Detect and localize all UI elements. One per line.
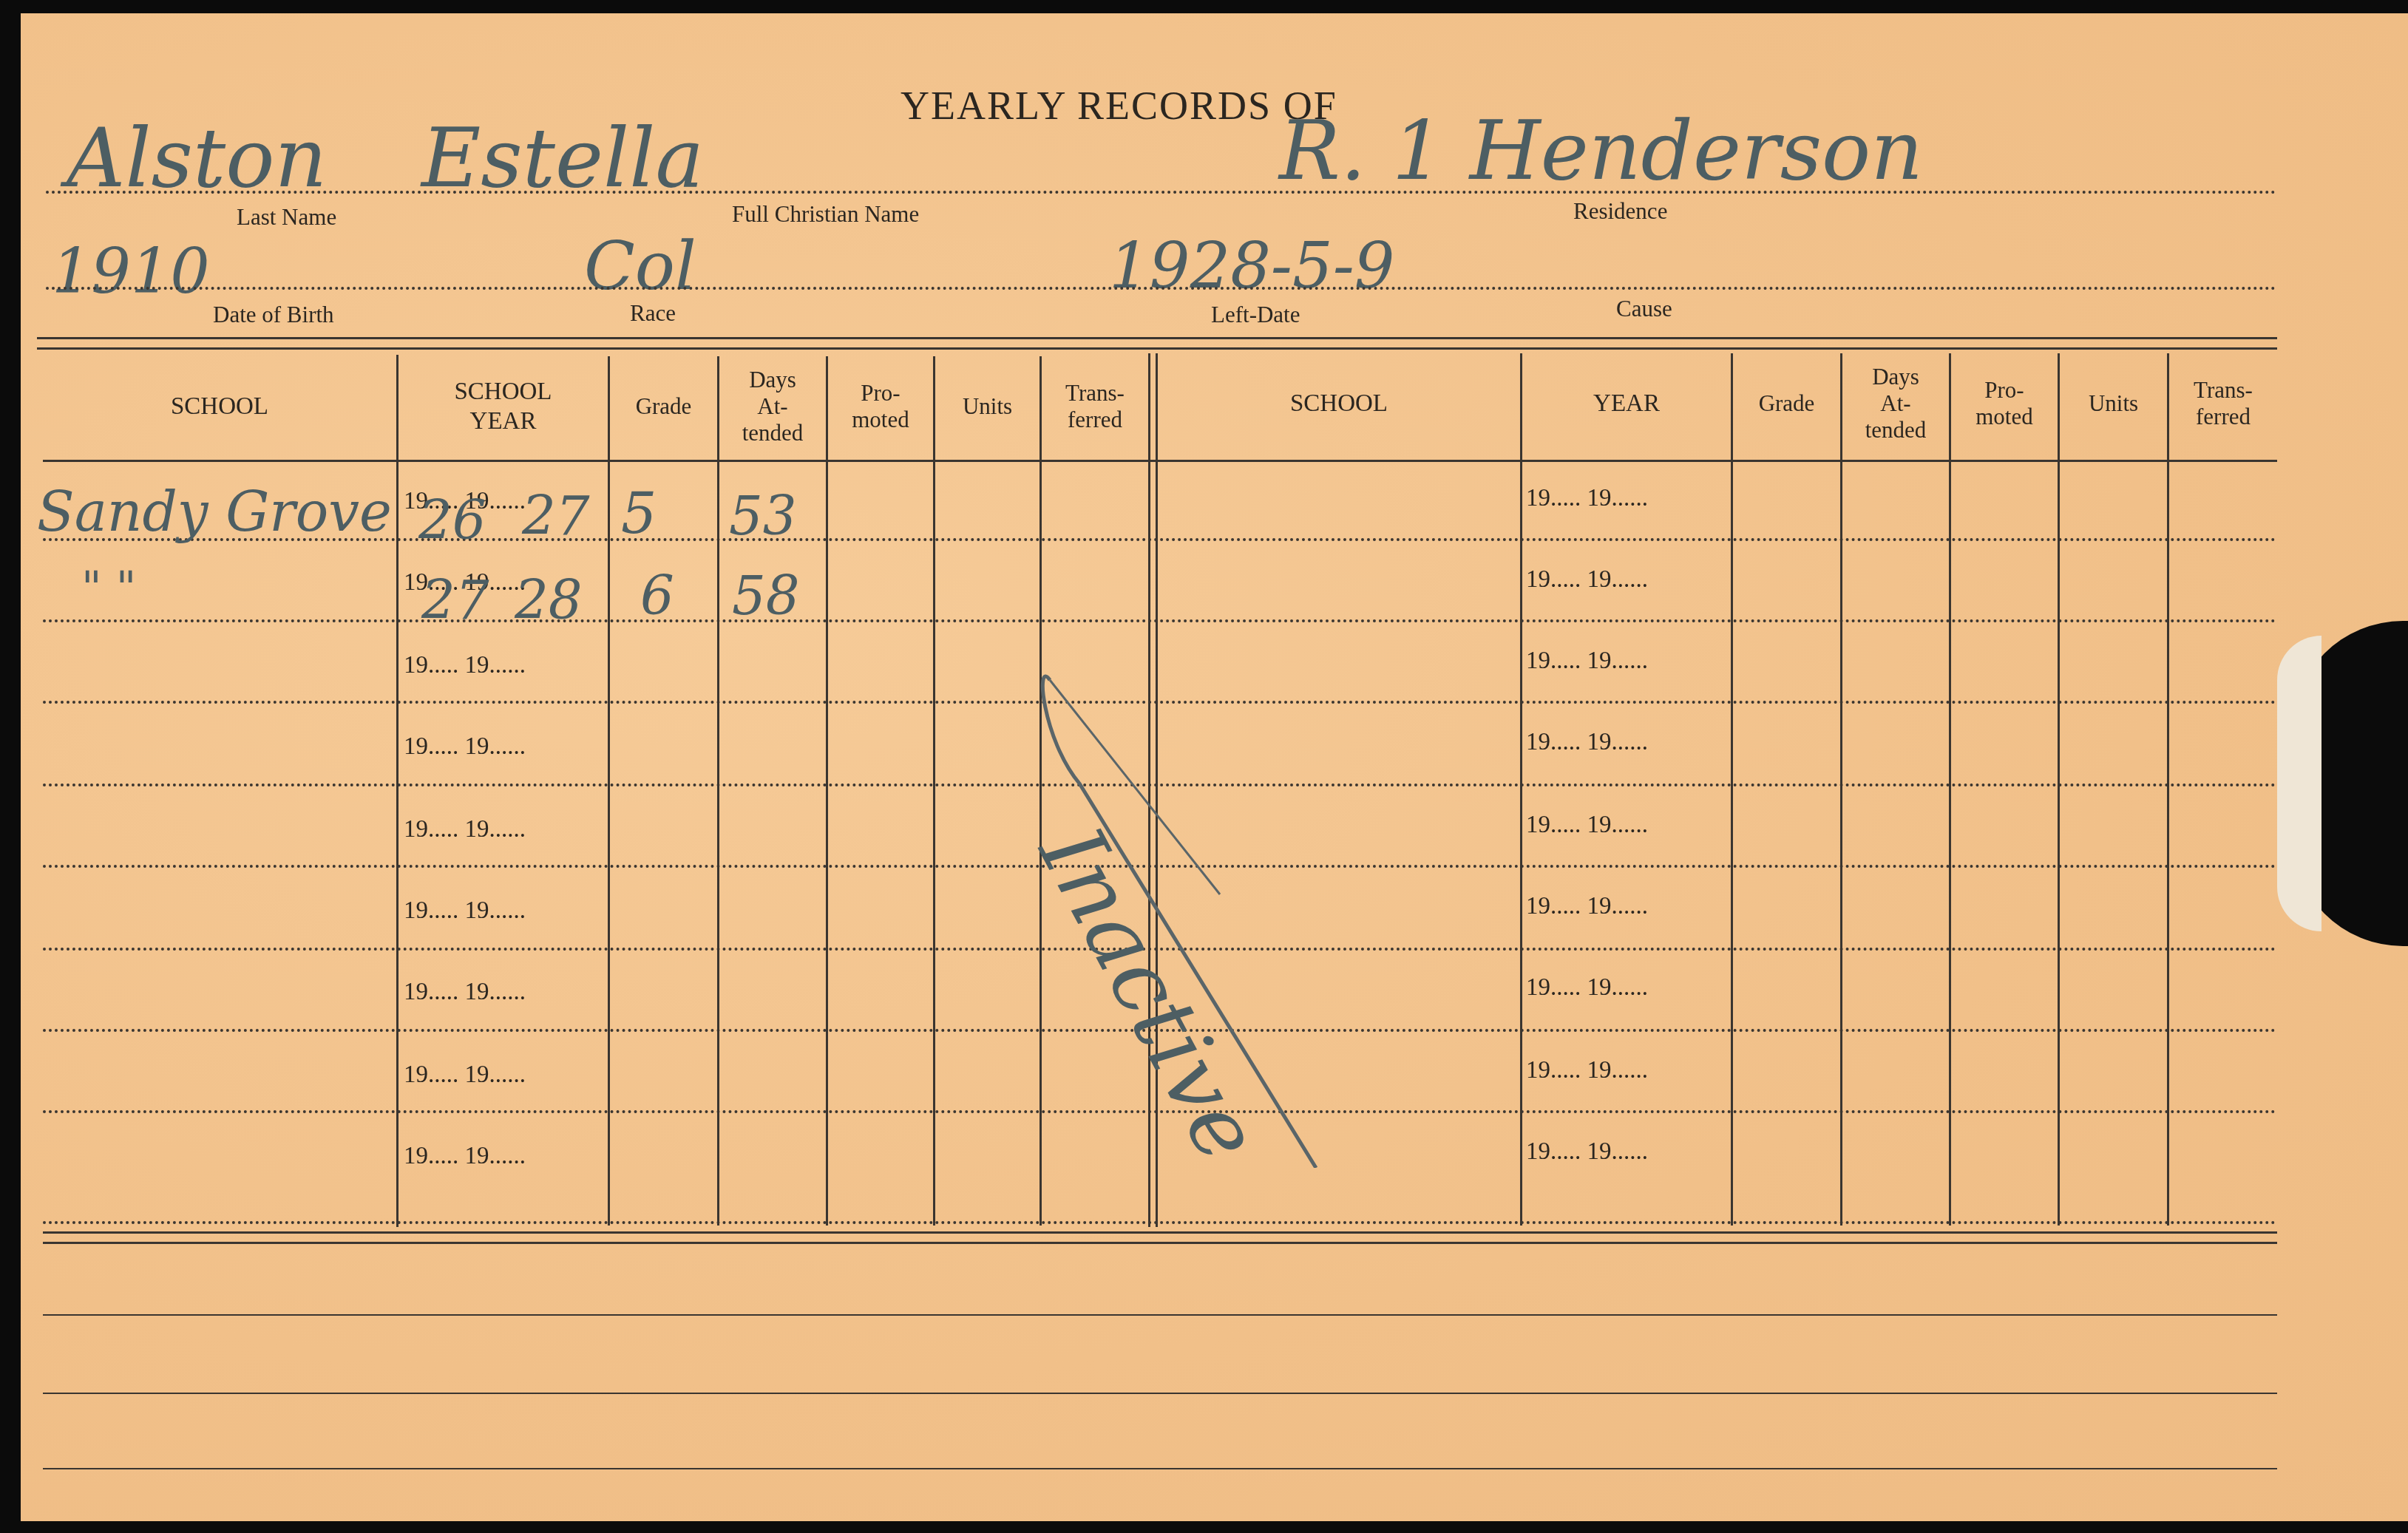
year-template: 19..... 19...... xyxy=(404,816,526,843)
residence-label: Residence xyxy=(1573,198,1667,225)
row1-days: 53 xyxy=(729,485,797,547)
date-of-birth-value: 1910 xyxy=(52,235,210,307)
table-bottom-rule xyxy=(43,1231,2277,1234)
date-of-birth-label: Date of Birth xyxy=(213,302,334,328)
remarks-line xyxy=(43,1314,2277,1316)
row2-school-ditto: " " xyxy=(81,562,136,613)
row2-days: 58 xyxy=(732,565,800,627)
row1-school: Sandy Grove xyxy=(37,480,392,544)
year-template: 19..... 19...... xyxy=(404,733,526,761)
remarks-line xyxy=(43,1393,2277,1394)
header-grade: Grade xyxy=(610,355,717,458)
year-template-right: 19..... 19...... xyxy=(1526,566,1648,594)
pencil-loop-mark xyxy=(1035,650,1627,1168)
year-template: 19..... 19...... xyxy=(404,897,526,925)
header-promoted: Pro-moted xyxy=(828,355,933,458)
col-divider xyxy=(1731,353,1733,1226)
row1-year-to: 27 xyxy=(522,485,590,547)
header-units-right: Units xyxy=(2060,352,2167,455)
col-divider xyxy=(1949,353,1951,1226)
residence-value: R. 1 Henderson xyxy=(1279,103,1923,198)
race-value: Col xyxy=(584,228,696,305)
col-divider xyxy=(2058,353,2060,1226)
header-bottom-rule xyxy=(43,460,2277,462)
header-grade-right: Grade xyxy=(1733,352,1840,455)
card-title: YEARLY RECORDS OF xyxy=(901,83,1337,129)
table-top-rule-2 xyxy=(37,347,2277,350)
row1-year-from: 26 xyxy=(418,489,486,551)
underlying-card-edge xyxy=(2277,636,2321,931)
left-date-value: 1928-5-9 xyxy=(1109,229,1394,303)
race-label: Race xyxy=(630,300,676,327)
row-line xyxy=(43,1221,2277,1224)
row2-year-from: 27 xyxy=(421,569,489,631)
row2-year-to: 28 xyxy=(515,569,583,631)
col-divider xyxy=(717,356,719,1226)
header-school-right: SCHOOL xyxy=(1158,352,1520,455)
year-template: 19..... 19...... xyxy=(404,652,526,679)
header-promoted-right: Pro-moted xyxy=(1951,352,2058,455)
birth-dotted-line xyxy=(46,287,2277,290)
header-school-year: SCHOOLYEAR xyxy=(398,355,608,458)
table-bottom-rule-2 xyxy=(43,1242,2277,1244)
header-days-attended: DaysAt-tended xyxy=(719,355,826,458)
header-days-attended-right: DaysAt-tended xyxy=(1842,352,1949,455)
row1-grade: 5 xyxy=(621,480,657,546)
header-year-right: YEAR xyxy=(1522,352,1731,455)
col-divider xyxy=(396,355,398,1227)
row2-grade: 6 xyxy=(640,565,674,627)
table-top-rule xyxy=(37,337,2277,339)
year-template: 19..... 19...... xyxy=(404,1143,526,1170)
year-template: 19..... 19...... xyxy=(404,1061,526,1089)
cause-label: Cause xyxy=(1616,296,1672,322)
col-divider xyxy=(826,356,828,1226)
header-transferred-right: Trans-ferred xyxy=(2169,352,2277,455)
row-line xyxy=(43,619,2277,622)
christian-name-label: Full Christian Name xyxy=(732,201,919,228)
name-dotted-line xyxy=(46,191,2277,194)
header-transferred: Trans-ferred xyxy=(1042,355,1148,458)
header-school: SCHOOL xyxy=(43,355,396,458)
col-divider xyxy=(608,356,610,1226)
year-template-right: 19..... 19...... xyxy=(1526,485,1648,512)
col-divider xyxy=(933,356,935,1226)
year-template: 19..... 19...... xyxy=(404,979,526,1006)
header-units: Units xyxy=(935,355,1039,458)
col-divider xyxy=(1840,353,1842,1226)
col-divider xyxy=(2167,353,2169,1226)
left-date-label: Left-Date xyxy=(1211,302,1300,328)
last-name-label: Last Name xyxy=(237,204,336,231)
remarks-line xyxy=(43,1468,2277,1469)
